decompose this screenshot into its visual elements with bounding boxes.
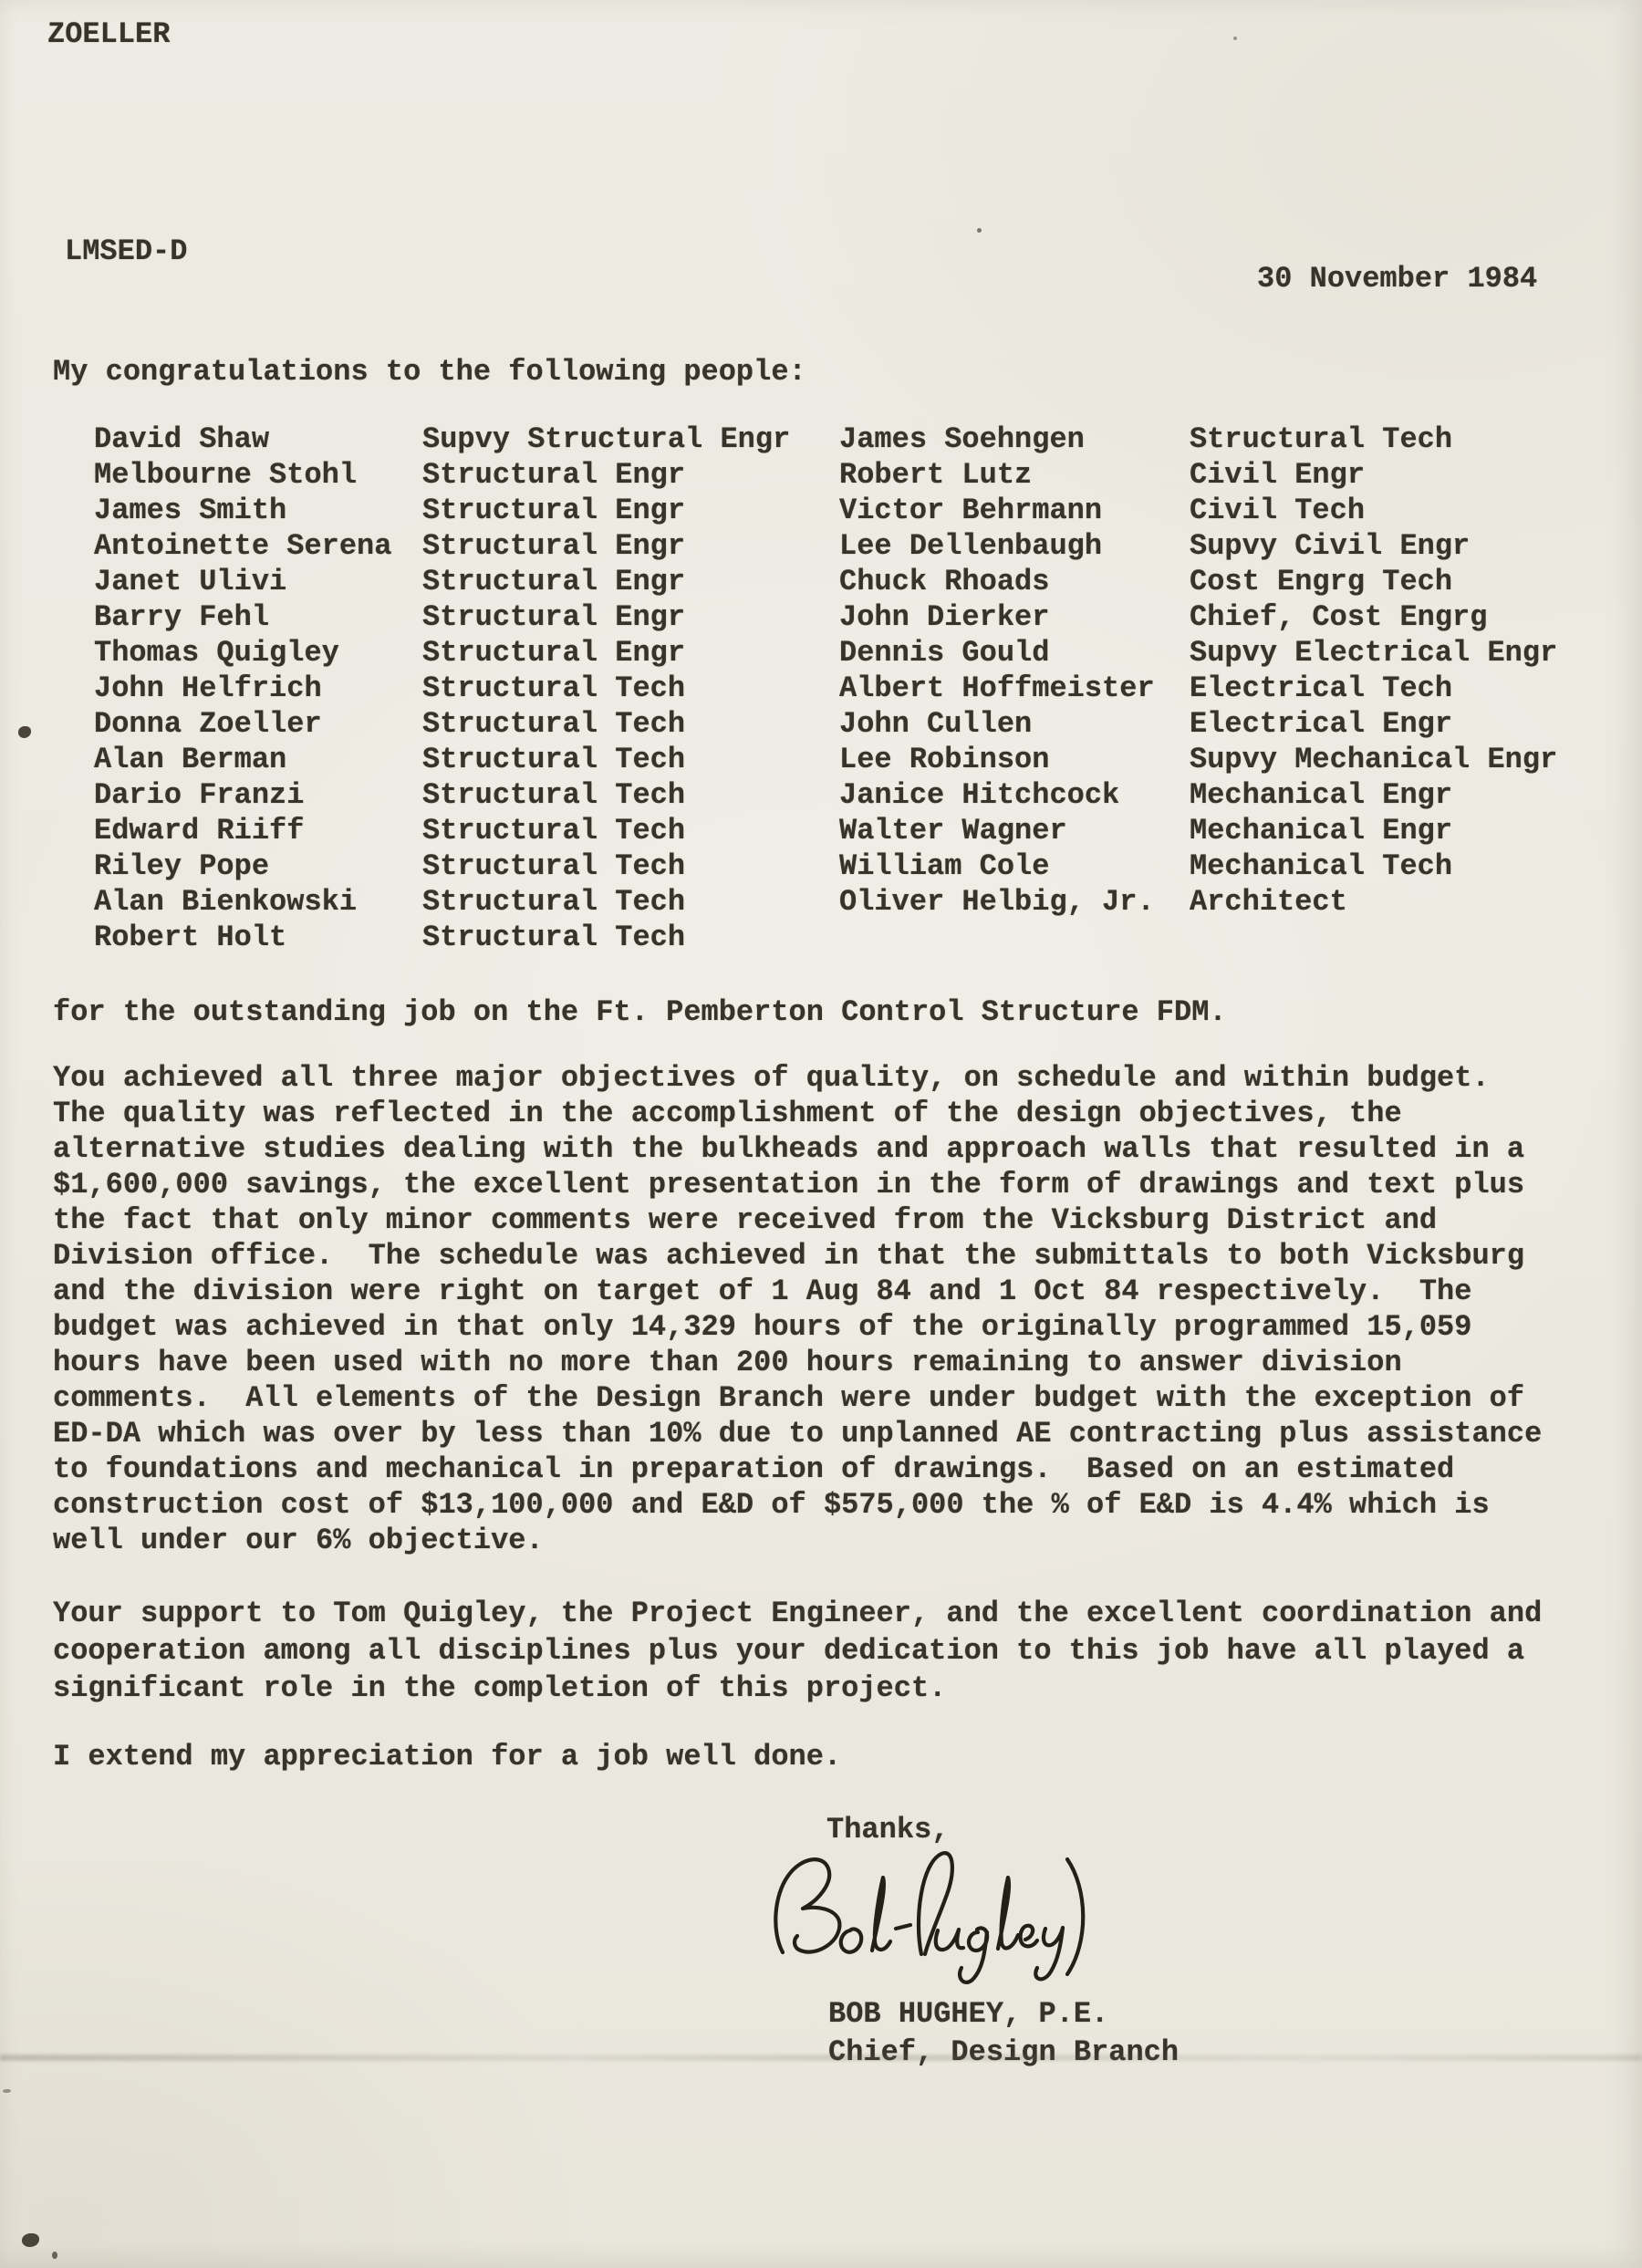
recipient-title: Structural Tech [422,884,790,920]
recipient-titles-col-2: Structural Tech Civil Engr Civil Tech Su… [1190,421,1557,920]
recipient-title: Mechanical Engr [1190,813,1557,848]
recipient-name: Dario Franzi [94,777,391,813]
recipient-name: Riley Pope [94,848,391,884]
scan-edge-shadow [0,2055,1642,2061]
recipient-name: Dennis Gould [839,635,1155,671]
recipient-title: Supvy Civil Engr [1190,528,1557,564]
office-symbol: LMSED-D [65,234,187,269]
salutation: My congratulations to the following peop… [53,354,806,390]
recipient-titles-col-1: Supvy Structural Engr Structural Engr St… [422,421,790,955]
recipient-name: James Smith [94,493,391,528]
recipient-title: Supvy Electrical Engr [1190,635,1557,671]
recipient-name: James Soehngen [839,421,1155,457]
letter-date: 30 November 1984 [1257,261,1537,297]
recipient-title: Chief, Cost Engrg [1190,599,1557,635]
ink-speck [977,228,982,233]
recipient-name: John Dierker [839,599,1155,635]
recipient-name: Janet Ulivi [94,564,391,599]
recipient-title: Structural Tech [422,742,790,777]
recipient-name: Oliver Helbig, Jr. [839,884,1155,920]
recipient-name: Alan Bienkowski [94,884,391,920]
recipient-name: Melbourne Stohl [94,457,391,493]
recipient-title: Civil Engr [1190,457,1557,493]
recipient-name: Robert Lutz [839,457,1155,493]
recipient-name: Robert Holt [94,920,391,955]
recipient-title: Structural Engr [422,528,790,564]
recipient-names-col-2: James Soehngen Robert Lutz Victor Behrma… [839,421,1155,920]
recipient-name: Lee Robinson [839,742,1155,777]
recipient-title: Mechanical Engr [1190,777,1557,813]
recipient-title: Civil Tech [1190,493,1557,528]
recipient-title: Structural Engr [422,635,790,671]
recipient-name: John Helfrich [94,671,391,706]
recipient-name: Chuck Rhoads [839,564,1155,599]
recipient-title: Structural Tech [422,706,790,742]
recipient-name: Walter Wagner [839,813,1155,848]
signed-name: BOB HUGHEY, P.E. [828,1996,1108,2032]
recipient-title: Structural Tech [422,671,790,706]
ink-speck [1233,36,1237,40]
recipient-name: Thomas Quigley [94,635,391,671]
recipient-name: Barry Fehl [94,599,391,635]
support-paragraph: Your support to Tom Quigley, the Project… [53,1595,1542,1707]
recipient-title: Architect [1190,884,1557,920]
recipient-title: Supvy Structural Engr [422,421,790,457]
ink-speck [22,2233,39,2247]
recipient-title: Structural Engr [422,457,790,493]
recipient-name: William Cole [839,848,1155,884]
recipient-name: Janice Hitchcock [839,777,1155,813]
for-line: for the outstanding job on the Ft. Pembe… [53,994,1227,1030]
recipient-title: Cost Engrg Tech [1190,564,1557,599]
recipient-name: John Cullen [839,706,1155,742]
signature-bob-hughey-script [766,1832,1095,1996]
recipient-name: Lee Dellenbaugh [839,528,1155,564]
appreciation-line: I extend my appreciation for a job well … [53,1739,841,1774]
recipient-name: Victor Behrmann [839,493,1155,528]
recipient-title: Structural Tech [422,813,790,848]
recipient-title: Structural Engr [422,493,790,528]
recipient-name: Antoinette Serena [94,528,391,564]
recipient-title: Structural Engr [422,599,790,635]
routing-name: ZOELLER [47,16,170,52]
recipient-name: Donna Zoeller [94,706,391,742]
recipient-title: Structural Tech [422,777,790,813]
recipient-name: Albert Hoffmeister [839,671,1155,706]
recipient-name: David Shaw [94,421,391,457]
recipient-title: Supvy Mechanical Engr [1190,742,1557,777]
recipient-title: Structural Tech [422,920,790,955]
ink-speck [52,2252,57,2259]
recipient-title: Electrical Tech [1190,671,1557,706]
recipient-title: Mechanical Tech [1190,848,1557,884]
recipient-name: Edward Riiff [94,813,391,848]
recipient-title: Electrical Engr [1190,706,1557,742]
recipient-title: Structural Tech [422,848,790,884]
ink-speck [3,2089,11,2093]
recipient-name: Alan Berman [94,742,391,777]
recipient-names-col-1: David Shaw Melbourne Stohl James Smith A… [94,421,391,955]
scanned-letter-page: ZOELLER LMSED-D 30 November 1984 My cong… [0,0,1642,2268]
recipient-title: Structural Engr [422,564,790,599]
ink-speck [18,726,31,738]
achievements-paragraph: You achieved all three major objectives … [53,1060,1542,1558]
signed-title: Chief, Design Branch [828,2034,1179,2070]
recipient-title: Structural Tech [1190,421,1557,457]
